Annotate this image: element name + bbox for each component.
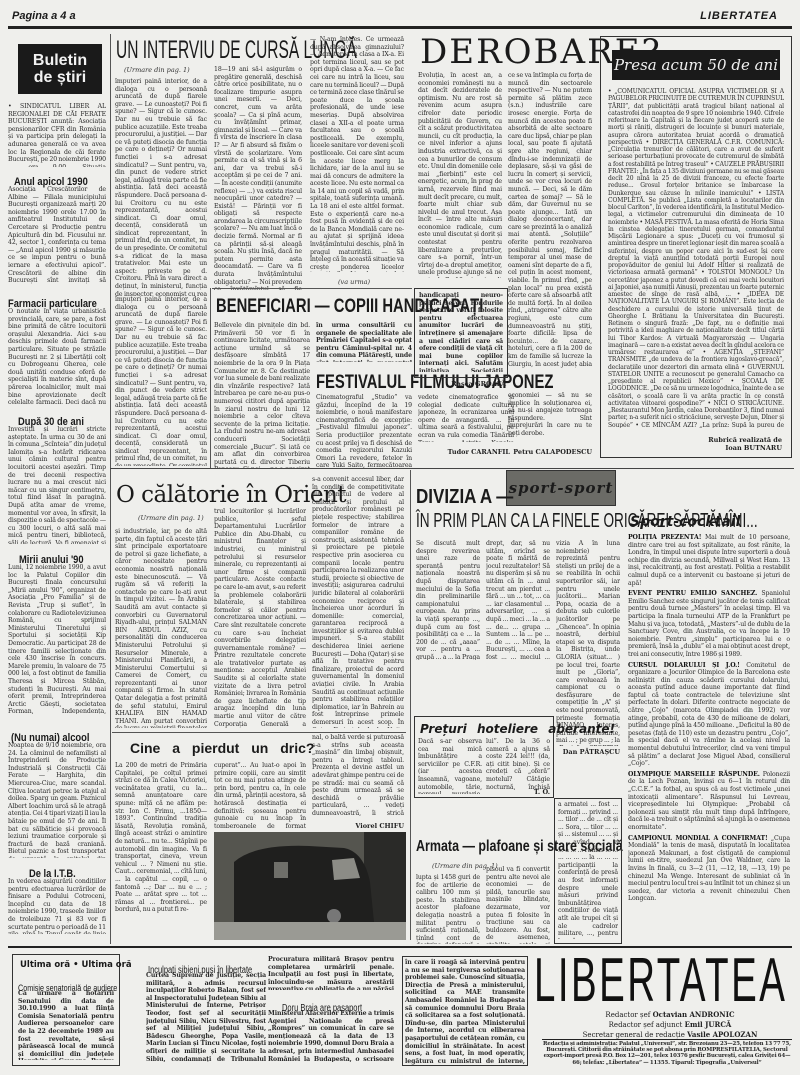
sport-title-line2: ÎN PRIM PLAN CA LA FINELE ORICĂREI SĂPTĂ… (416, 510, 800, 533)
footer-logo: LIBERTATEA (534, 950, 800, 1012)
interview-continued: (va urma) (338, 278, 370, 286)
news-item-text: Investiții și lucrări stricte așteptate.… (8, 426, 106, 544)
news-item-text: Noaptea de 9/10 noiembrie, ora 24. La că… (8, 742, 106, 858)
hotel-title: Prețuri hoteliere aberante! (420, 722, 615, 736)
derobare-byline: Petru CALAPODESCU (508, 448, 592, 456)
ultima-ora-text-3: Procuratura militară Brașov pentru compl… (268, 956, 394, 990)
footer-staff: Redactor șef Octavian ANDRONIC Redactor … (548, 1010, 792, 1040)
section-rule (112, 732, 406, 733)
ultima-ora-text-4: Ministerul Afacerilor Externe a trimis A… (268, 1010, 394, 1062)
footer-imprint: Redacția și administrația: Palatul „Univ… (542, 1041, 792, 1069)
orient-subtitle: (Urmare din pag. 1) (138, 514, 204, 522)
news-item-text: Asociația Crescătorilor de Albine — Fili… (8, 186, 106, 284)
ultima-ora-text-1: Ca urmare a hotărîrii Senatului din data… (18, 990, 114, 1060)
derobare-column-2: ce se va întîmpla cu forța de muncă din … (508, 72, 592, 368)
interview-column-1-cont: împuțeri paină interior, de a dialoga cu… (115, 296, 207, 466)
staff-line: Redactor șef Octavian ANDRONIC (548, 1010, 792, 1020)
sport-cocktail-title: Sport-cocktail (630, 514, 740, 530)
bulletin-intro: • SINDICATUL LIBER AL REGIONALEI DE CĂI … (8, 103, 106, 167)
sport-byline: Dan PĂTRAȘCU (556, 748, 620, 756)
derobare-tail: economiei — să nu se implice în soluțion… (508, 392, 592, 444)
hotel-byline: T. O. (486, 788, 550, 796)
dric-column-1: La 200 de metri de Primăria Capitalei, p… (115, 762, 207, 940)
page-number-label: Pagina a 4 a (12, 10, 76, 22)
column-divider (410, 470, 411, 940)
dric-title: Cine a pierdut un dric? (130, 740, 314, 756)
masthead-rule (8, 26, 792, 29)
ultima-ora-title: Ultima oră • Ultima oră (20, 960, 132, 970)
staff-line: Redactor șef adjunct Emil JURCĂ (548, 1020, 792, 1030)
hotel-column-2: lui”. De la 36 o cameră a ajuns să coste… (486, 738, 550, 790)
news-item-text: O noutate în viața urbanistică provincia… (8, 308, 106, 404)
armata-column-2: pîsoul va fi convertit pentru alte nevoi… (486, 866, 550, 944)
sport-cocktail-list: POLIȚIA PREZENTĂ! Mai mult de 10 persoan… (628, 534, 790, 938)
derobare-column-1: Evoluția, în acest an, a economiei român… (418, 72, 502, 278)
section-rule (110, 468, 794, 469)
dric-column-2: cuperat”... Au luat-o apoi în primire co… (214, 762, 306, 828)
beneficiari-text-1: Bellevele din pivnițele din bd. Primăver… (214, 322, 310, 468)
armata-continuation-box: a armatei ... fost ... formați ... privi… (554, 798, 622, 944)
beneficiari-text-3: handicapați neuro-psihici severi. Fondur… (419, 292, 503, 372)
hearse-vehicle-icon (214, 832, 406, 940)
sport-cocktail-item: CAMPIONUL MONDIAL A CONFIRMAT! „Cupa Mon… (628, 835, 790, 903)
presa-credit-label: Rubrică realizată de (640, 436, 782, 444)
sport-column-3: vizia A în luna noiembrie) reprezintă pe… (556, 540, 620, 746)
sport-cocktail-item: POLIȚIA PREZENTĂ! Mai mult de 10 persoan… (628, 534, 790, 587)
bulletin-title-line1: Buletin (33, 52, 87, 69)
interview-column-3: — N-am înțeles. Ce urmează după absolvir… (310, 36, 404, 272)
interview-subtitle: (Urmare din pag. 1) (124, 66, 190, 74)
beneficiari-text-2: în urma consultării cu organele de speci… (316, 322, 412, 362)
sport-cocktail-item: EVENT PENTRU EMILIO SANCHEZ. Spaniolul E… (628, 590, 790, 658)
news-item-text: Luni, 12 noiembrie 1990, a avut loc la P… (8, 564, 106, 714)
ultima-ora-text-5: în care îi roagă să intervină pentru a n… (402, 956, 528, 1066)
festival-byline: Tudor CARANFIL (418, 448, 510, 456)
bulletin-header: Buletin de știri (18, 44, 102, 94)
masthead-paper-name: LIBERTATEA (700, 10, 778, 22)
presa-title: Presa acum 50 de ani (614, 56, 778, 74)
dric-column-3: nal, o baltă verde și puturoasă s-a strî… (312, 734, 404, 816)
armata-column-3: a armatei ... fost ... formați ... privi… (558, 801, 618, 939)
interview-column-2: 18—19 ani să-i asigurăm o pregătire gene… (214, 66, 302, 290)
orient-column-1: și industriale, iar, pe de altă parte, d… (115, 528, 207, 728)
interview-column-1: împuțeri paină interior, de a dialoga cu… (115, 78, 207, 296)
bulletin-title-line2: de știri (34, 69, 86, 86)
orient-column-3: s-a convenit accesul liber, dar în condi… (312, 476, 404, 728)
dric-byline: Viorel CHIFU (312, 822, 404, 830)
column-divider (210, 288, 211, 468)
column-divider (110, 34, 111, 944)
sport-cocktail-item: CURSUL DOLARULUI ȘI J.O.! Comitetul de o… (628, 662, 790, 768)
armata-column-1: lupta și 1458 guri de foc de artilerie d… (416, 874, 480, 944)
hotel-column-1: Dacă s-ar observa cea mai mică îmbunătăț… (418, 738, 482, 794)
festival-column-1: Cinematograful „Studio” va găzdui, încep… (316, 394, 412, 468)
festival-column-2: vedete cinematografice și colegial dedic… (418, 394, 514, 442)
presa-credit: Rubrică realizată de Ioan BUTNARU (640, 436, 782, 452)
presa-header: Presa acum 50 de ani (612, 50, 780, 80)
ultima-ora-text-2: Curtea Supremă de Justiție, secția milit… (146, 972, 266, 1062)
footer-rule (542, 1039, 792, 1040)
orient-column-2: trul locuitorilor și lucrărilor publice,… (214, 508, 306, 728)
presa-credit-name: Ioan BUTNARU (640, 444, 782, 452)
sport-column-1: Se discută mult despre reverirea unei ra… (416, 540, 480, 660)
news-item-text: În vederea asigurării condițiilor pentru… (8, 878, 106, 934)
sport-cocktail-item: OLYMPIQUE MARSEILLE RĂSPUNDE. Polonezii … (628, 771, 790, 832)
sport-title-line1: DIVIZIA A — (416, 486, 530, 509)
sport-column-2: drept, dar, să nu uităm, oricînd se poat… (486, 540, 550, 660)
section-rule (212, 288, 412, 289)
beneficiari-continuation-box: handicapați neuro-psihici severi. Fondur… (414, 288, 508, 378)
hearse-photo: Fotografie: dric abandonat pe stradă (214, 832, 406, 940)
beneficiari-byline: Rasca GROAFĂ (418, 380, 506, 388)
presa-text: • „COMUNICATUL OFICIAL ASUPRA VICTIMELOR… (608, 88, 784, 428)
